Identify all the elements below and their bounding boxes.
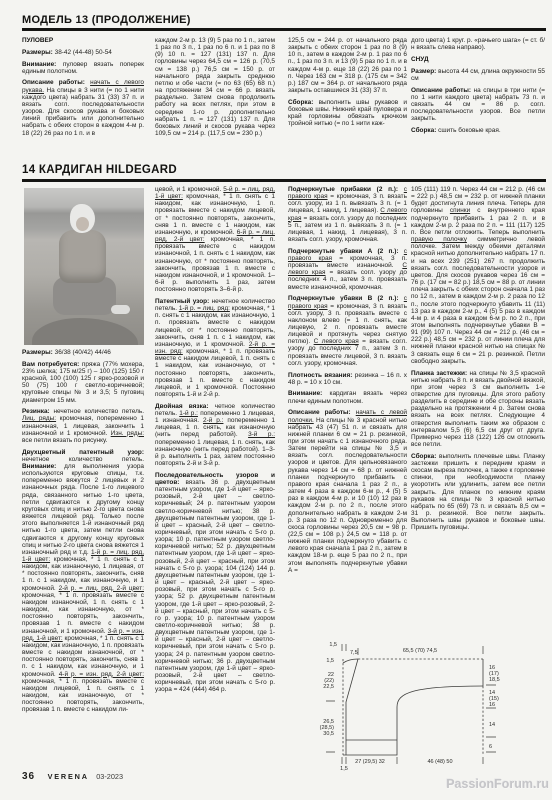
section-title-cardigan: 14 КАРДИГАН HILDEGARD: [22, 164, 177, 176]
paragraph: 125,5 см = 244 р. от начального ряда зак…: [288, 37, 407, 94]
paragraph: Последовательность узоров и цветов: вяза…: [155, 472, 275, 694]
dim-left-lower-3: 30,5: [323, 731, 334, 737]
paragraph: Подчеркнутые прибавки (2 п.): с правого …: [288, 186, 407, 243]
photo-figure-face: [76, 217, 89, 231]
paragraph: дого цвета) 1 круг. р. «рачьего шага» (=…: [411, 37, 545, 51]
page-footer: 36 VERENA 03-2023: [22, 766, 123, 784]
paragraph: Двойная вязка: четное количество петель.…: [155, 403, 275, 467]
dim-cuff-3: 18,5: [489, 677, 500, 683]
section-title-model13: МОДЕЛЬ 13 (ПРОДОЛЖЕНИЕ): [22, 14, 191, 26]
photo-figure-cardigan: [59, 230, 106, 283]
model13-column-2: каждом 2-м р. 13 (9) 5 раз по 1 п., зате…: [155, 37, 275, 161]
section-rule: [22, 179, 546, 182]
photo-figure-shoe: [111, 305, 130, 314]
paragraph: Описание работы: на спицы в три нити (= …: [411, 87, 545, 123]
dim-top-width: 65,5 (70) 74,5: [403, 648, 437, 654]
paragraph: Планка застежки: на спицы № 3,5 красной …: [411, 370, 545, 449]
paragraph: цевой, и 1 кромочной. 5-й р. = лиц. ряд,…: [155, 186, 275, 293]
watermark: PassionForum.ru: [446, 777, 549, 791]
model13-column-4: дого цвета) 1 круг. р. «рачьего шага» (=…: [411, 37, 545, 161]
dim-right-mid: 14: [489, 722, 495, 728]
paragraph: Внимание: пуловер вязать поперек единым …: [22, 61, 144, 75]
magazine-brand: VERENA: [48, 772, 89, 781]
dim-neck-back: 1,5: [329, 642, 337, 648]
dim-bottom-left: 1,5: [340, 766, 348, 772]
photo-rock: [32, 318, 138, 345]
paragraph: Плотность вязания: резинка – 16 п. x 48 …: [288, 372, 407, 386]
schematic-diagram: 1,5 7,5 65,5 (70) 74,5 1,5 22 (22) 22,5 …: [300, 638, 552, 800]
paragraph: Подчеркнутые убавки А (2 п.): с правого …: [288, 248, 407, 291]
page-number: 36: [22, 771, 35, 782]
dim-right-upper-3: 16: [489, 702, 495, 708]
paragraph: Описание работы: начать с левой полочки.…: [288, 409, 407, 574]
model13-column-1: ПУЛОВЕРРазмеры: 38-42 (44-48) 50-54Внима…: [22, 37, 144, 161]
cardigan-column-3: Подчеркнутые прибавки (2 п.): с правого …: [288, 186, 407, 574]
paragraph: Размеры: 36/38 (40/42) 44/46: [22, 349, 144, 356]
paragraph: Описание работы: начать с левого рукава.…: [22, 79, 144, 136]
paragraph: Резинка: нечетное количество петель. Лиц…: [22, 408, 144, 444]
back-neck-curve: [343, 659, 358, 663]
paragraph: СНУД: [411, 56, 545, 63]
photo-cardigan-model: [24, 188, 144, 345]
paragraph: Внимание: кардиган вязать через плечи ед…: [288, 390, 407, 404]
cardigan-column-4: 105 (111) 119 п. Через 44 см = 212 р. (4…: [411, 186, 545, 532]
cardigan-column-1: Размеры: 36/38 (40/42) 44/46Вам потребуе…: [22, 349, 144, 713]
dim-right-hem: 6: [489, 744, 492, 750]
paragraph: Подчеркнутые убавки В (2 п.): с правого …: [288, 295, 407, 367]
dim-body-width: 27 (29,5) 32: [355, 759, 385, 765]
cardigan-column-2: цевой, и 1 кромочной. 5-й р. = лиц. ряд,…: [155, 186, 275, 694]
magazine-issue: 03-2023: [96, 772, 123, 781]
paragraph: Сборка: выполнить швы рукавов и боковые …: [288, 99, 407, 128]
dim-sleeve-length: 46 (48) 50: [427, 759, 452, 765]
paragraph: ПУЛОВЕР: [22, 37, 144, 44]
paragraph: Сборка: сшить боковые края.: [411, 127, 545, 134]
front-neck-slope: [346, 659, 358, 755]
paragraph: Двухцветный патентный узор: нечетное кол…: [22, 449, 144, 714]
section-rule: [22, 28, 546, 31]
paragraph: 105 (111) 119 п. Через 44 см = 212 р. (4…: [411, 186, 545, 365]
paragraph: Патентный узор: нечетное количество пете…: [155, 298, 275, 398]
dim-neck-width: 7,5: [350, 650, 358, 656]
body-and-underarm-curve: [343, 686, 483, 755]
dim-left-top: 1,5: [326, 658, 334, 664]
paragraph: Вам потребуется: пряжа (77% мохера, 23% …: [22, 361, 144, 404]
magazine-page: МОДЕЛЬ 13 (ПРОДОЛЖЕНИЕ) ПУЛОВЕРРазмеры: …: [0, 0, 552, 800]
paragraph: каждом 2-м р. 13 (9) 5 раз по 1 п., зате…: [155, 37, 275, 137]
model13-column-3: 125,5 см = 244 р. от начального ряда зак…: [288, 37, 407, 161]
paragraph: Сборка: выполнить плечевые швы. Планку з…: [411, 453, 545, 532]
paragraph: Размеры: 38-42 (44-48) 50-54: [22, 49, 144, 56]
dim-left-upper-3: 22,5: [323, 684, 334, 690]
paragraph: Размер: высота 44 см, длина окружности 5…: [411, 68, 545, 82]
